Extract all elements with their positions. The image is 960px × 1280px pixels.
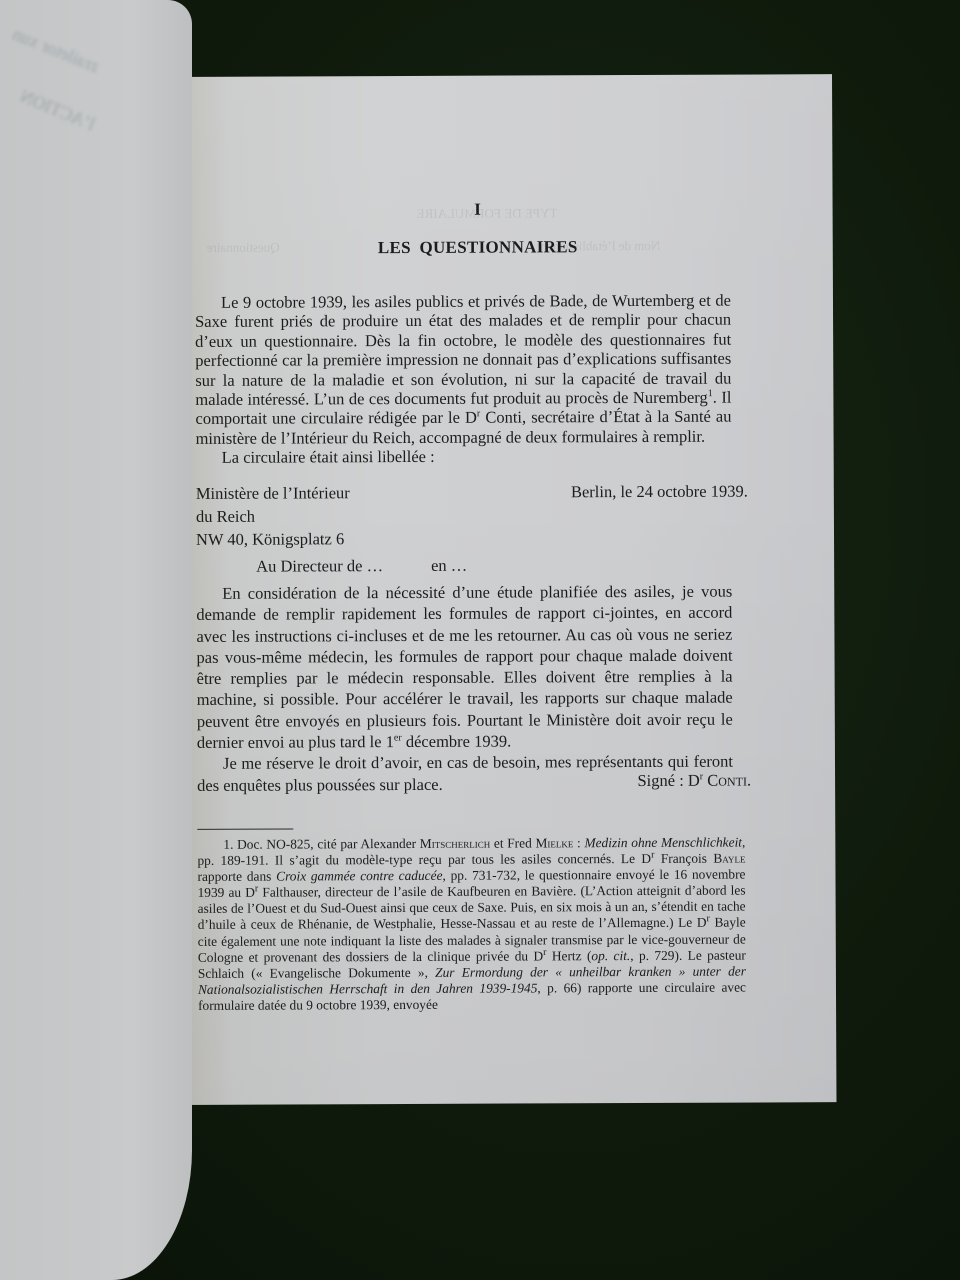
author-name: Mitscherlich: [420, 836, 490, 851]
text: En considération de la nécessité d’une é…: [196, 582, 733, 752]
text: Le 9 octobre 1939, les asiles publics et…: [195, 291, 731, 409]
book-title: Medizin ohne Menschlichkeit: [584, 835, 742, 851]
author-name: Bayle: [713, 851, 745, 866]
sender-line: du Reich: [196, 503, 732, 528]
intro-paragraph: Le 9 octobre 1939, les asiles publics et…: [195, 291, 732, 449]
text: Doc. NO-825, cité par Alexander: [233, 836, 419, 852]
footnote: 1. Doc. NO-825, cité par Alexander Mitsc…: [197, 835, 746, 1014]
letter-signature: Signé : Dr Conti.: [637, 770, 751, 790]
citation-abbrev: op. cit.: [591, 948, 630, 963]
letter-date: Berlin, le 24 octobre 1939.: [571, 480, 748, 504]
addressee-left: Au Directeur de …: [256, 556, 383, 576]
text: décembre 1939.: [402, 732, 512, 751]
addressee-right: en …: [431, 556, 467, 575]
text: Falthauser, directeur de l’asile de Kauf…: [198, 883, 746, 933]
text: Hertz (: [546, 948, 591, 963]
book-title: Croix gammée contre caducée: [276, 868, 442, 884]
text: rapporte dans: [197, 869, 276, 884]
footnote-paragraph: 1. Doc. NO-825, cité par Alexander Mitsc…: [197, 835, 746, 1014]
superscript: er: [394, 733, 402, 744]
intro-paragraph: La circulaire était ainsi libellée :: [196, 446, 732, 468]
letter-addressee: Au Directeur de …en …: [256, 556, 467, 577]
letter-header: Ministère de l’Intérieur du Reich NW 40,…: [196, 480, 732, 551]
footnote-number: 1.: [223, 837, 233, 852]
author-name: Mielke: [535, 835, 573, 850]
intro-text: Le 9 octobre 1939, les asiles publics et…: [195, 291, 732, 468]
signature-name: Conti.: [703, 770, 751, 789]
left-page-ghost-text: l’ACTION: [17, 86, 98, 135]
chapter-title: LES QUESTIONNAIRES: [195, 236, 761, 258]
book-page: TYPE DE FORMULAIRE Questionnaire Nom de …: [176, 74, 836, 1105]
footnote-divider: [197, 828, 293, 829]
letter-paragraph: En considération de la nécessité d’une é…: [196, 581, 733, 754]
left-page-ghost-text: zrailetor xun: [9, 24, 102, 78]
text: François: [654, 851, 713, 866]
chapter-number: I: [195, 198, 761, 220]
text: :: [573, 835, 584, 850]
left-page-curl: zrailetor xun l’ACTION: [0, 0, 192, 1280]
letter-body: En considération de la nécessité d’une é…: [196, 581, 733, 796]
text: Signé : D: [637, 771, 699, 790]
text: et Fred: [490, 835, 535, 850]
sender-line: NW 40, Königsplatz 6: [196, 526, 732, 551]
